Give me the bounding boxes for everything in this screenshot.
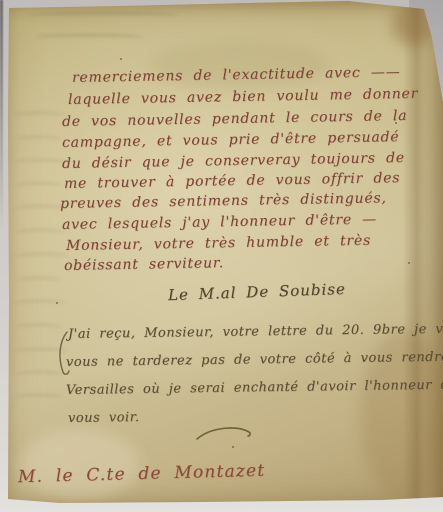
bleedthrough-stroke (14, 394, 64, 401)
scanned-letter: remerciemens de l'exactitude avec —— laq… (0, 0, 443, 512)
bleedthrough-stroke (14, 205, 66, 212)
paper-speck (408, 262, 410, 264)
paper-speck (56, 302, 58, 304)
letter-line: du désir que je conserveray toujours de (62, 150, 405, 172)
paper-speck (120, 58, 122, 60)
letter-line: obéissant serviteur. (64, 255, 224, 274)
bleedthrough-stroke (34, 34, 144, 41)
postscript-line: vous voir. (68, 410, 140, 426)
bleedthrough-stroke (15, 136, 63, 143)
letter-line: campagne, et vous prie d'être persuadé (62, 129, 400, 151)
bleedthrough-stroke (15, 229, 65, 236)
flourish-stroke (193, 424, 257, 444)
paper-speck (232, 446, 234, 448)
bleedthrough-stroke (14, 300, 66, 307)
bleedthrough-stroke (14, 159, 68, 166)
scanner-edge-shadow (0, 0, 3, 230)
bleedthrough-stroke (28, 12, 178, 19)
bleedthrough-stroke (14, 253, 69, 260)
letter-line: laquelle vous avez bien voulu me donner (68, 86, 418, 108)
letter-line: de vos nouvelles pendant le cours de la (62, 108, 408, 130)
bleedthrough-stroke (14, 112, 66, 119)
paper-fold-crease (403, 0, 433, 512)
letter-paper: remerciemens de l'exactitude avec —— laq… (0, 0, 443, 512)
bleedthrough-stroke (16, 277, 61, 284)
signature: Le M.al De Soubise (168, 280, 346, 304)
letter-line: remerciemens de l'exactitude avec —— (72, 64, 401, 86)
letter-line: me trouver à portée de vous offrir des (64, 170, 400, 192)
bleedthrough-stroke (16, 182, 62, 189)
